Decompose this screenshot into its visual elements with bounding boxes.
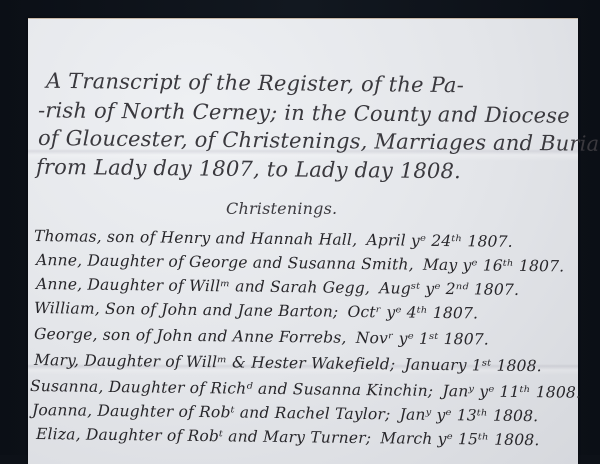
section-title-christenings: Christenings. [226, 199, 337, 218]
heading-line-3: of Gloucester, of Christenings, Marriage… [38, 126, 600, 156]
christening-entry: Anne, Daughter of George and Susanna Smi… [36, 251, 565, 275]
entry-date: April yᵉ 24ᵗʰ 1807. [366, 231, 513, 251]
entry-names: Mary, Daughter of Willᵐ & Hester Wakefie… [34, 351, 396, 373]
heading-line-2: -rish of North Cerney; in the County and… [38, 98, 570, 128]
christening-entry: George, son of John and Anne Forrebs, No… [34, 325, 489, 349]
entry-names: Thomas, son of Henry and Hannah Hall, [34, 227, 358, 249]
christening-entry: Thomas, son of Henry and Hannah Hall, Ap… [34, 227, 513, 251]
entry-date: Novʳ yᵉ 1ˢᵗ 1807. [356, 329, 489, 349]
christening-entry: Susanna, Daughter of Richᵈ and Susanna K… [30, 377, 581, 402]
entry-names: Eliza, Daughter of Robᵗ and Mary Turner; [36, 425, 371, 447]
heading-line-4: from Lady day 1807, to Lady day 1808. [36, 155, 461, 183]
entry-date: January 1ˢᵗ 1808. [404, 356, 542, 376]
entry-names: George, son of John and Anne Forrebs, [34, 325, 347, 347]
entry-date: May yᵉ 16ᵗʰ 1807. [423, 256, 565, 276]
register-page: A Transcript of the Register, of the Pa-… [28, 18, 578, 455]
entry-date: March yᵉ 15ᵗʰ 1808. [380, 429, 539, 449]
christening-entry: Mary, Daughter of Willᵐ & Hester Wakefie… [34, 351, 542, 375]
christening-entry: William, Son of John and Jane Barton; Oc… [34, 299, 478, 322]
heading-line-1: A Transcript of the Register, of the Pa- [46, 69, 464, 97]
entry-names: Anne, Daughter of Willᵐ and Sarah Gegg, [36, 275, 370, 297]
christening-entry: Anne, Daughter of Willᵐ and Sarah Gegg, … [36, 275, 519, 299]
entry-names: Susanna, Daughter of Richᵈ and Susanna K… [30, 377, 434, 400]
entry-names: William, Son of John and Jane Barton; [34, 299, 339, 321]
entry-date: Octʳ yᵉ 4ᵗʰ 1807. [347, 303, 478, 323]
entry-names: Anne, Daughter of George and Susanna Smi… [36, 251, 414, 274]
entry-date: Janʸ yᵉ 11ᵗʰ 1808. [442, 382, 581, 402]
entry-names: Joanna, Daughter of Robᵗ and Rachel Tayl… [32, 401, 391, 423]
entry-date: Janʸ yᵉ 13ᵗʰ 1808. [400, 405, 539, 425]
christening-entry: Eliza, Daughter of Robᵗ and Mary Turner;… [36, 425, 540, 449]
entry-date: Augˢᵗ yᵉ 2ⁿᵈ 1807. [379, 279, 519, 299]
christening-entry: Joanna, Daughter of Robᵗ and Rachel Tayl… [32, 401, 539, 425]
